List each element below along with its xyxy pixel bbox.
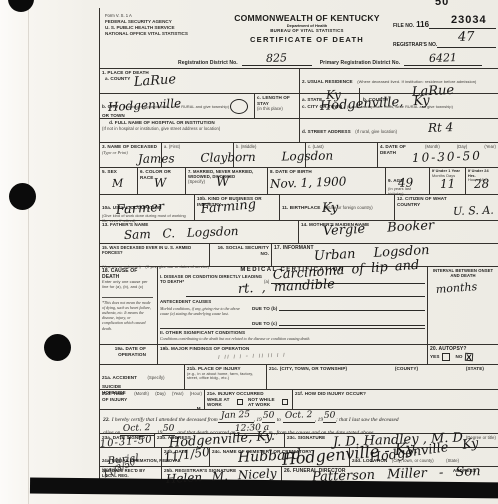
file-no-label: FILE NO. (393, 23, 414, 29)
cause-note: Enter only one cause per line for (a), (… (102, 280, 152, 290)
row-1-2: 1. PLACE OF DEATH a. COUNTY LaRue 2. USU… (100, 68, 498, 93)
length-of-stay-label: c. LENGTH OF STAY (257, 95, 297, 106)
injury-day-col: (Day) (155, 391, 166, 402)
field-name-of-deceased: 3. NAME OF DECEASED (Type or Print) Jame… (100, 143, 162, 167)
name-label: 3. NAME OF DECEASED (102, 144, 159, 150)
circled-mark (230, 99, 248, 114)
cert-text-1: I hereby certify that I attended the dec… (112, 417, 218, 423)
date-of-death-label: 4. DATE OF DEATH (380, 144, 408, 155)
row-injury-time: 21d. TIME OF INJURY (Month) (Day) (Year)… (100, 389, 498, 409)
row-injury-place: 21a. ACCIDENT (Specify) SUICIDE HOMICIDE… (100, 364, 498, 389)
operation-date-label: 19a. DATE OF OPERATION (102, 346, 146, 357)
field-usual-residence: 2. USUAL RESIDENCE (Where deceased lived… (300, 69, 498, 93)
field-street-address: d. STREET ADDRESS (If rural, give locati… (300, 119, 498, 142)
file-no-prefix: 116 (416, 20, 429, 29)
interval-value-handwriting: months (435, 280, 477, 296)
accident-label: 21a. ACCIDENT (102, 375, 137, 380)
field-ssn: 16. SOCIAL SECURITY NO. (210, 244, 272, 266)
injury-year-col: (Year) (172, 391, 184, 402)
usual-residence-note: (Where deceased lived. If institution: r… (357, 79, 476, 84)
attended-from-handwriting: Jan 25 (221, 410, 250, 421)
street-address-label: d. STREET ADDRESS (302, 129, 351, 134)
registrars-no-value: 47 (458, 29, 475, 45)
field-injury-location: 21c. (CITY, TOWN, OR TOWNSHIP) (COUNTY) … (267, 365, 498, 389)
field-date-of-birth: 8. DATE OF BIRTH Nov. 1, 1900 (268, 168, 386, 194)
bureau-line: BUREAU OF VITAL STATISTICS (227, 28, 387, 33)
agency-block: Form V. S. 1 A FEDERAL SECURITY AGENCY U… (105, 13, 227, 54)
scanned-death-certificate: Form V. S. 1 A FEDERAL SECURITY AGENCY U… (0, 0, 498, 504)
autopsy-no-label: NO (456, 354, 463, 360)
form-header: Form V. S. 1 A FEDERAL SECURITY AGENCY U… (100, 8, 498, 56)
row-hospital: d. FULL NAME OF HOSPITAL OR INSTITUTION … (100, 118, 498, 142)
certificate-form: Form V. S. 1 A FEDERAL SECURITY AGENCY U… (99, 8, 498, 486)
color-race-value-handwriting: W (154, 176, 167, 190)
cert-to: to (277, 417, 281, 423)
county-value-handwriting: LaRue (133, 72, 176, 90)
field-birthplace: 11. BIRTHPLACE (State or foreign country… (280, 195, 395, 220)
field-date-signed: 23a. DATE SIGNED 10-31-50 (100, 434, 155, 447)
row-occupation: 10a. USUAL OCCUPATION (Give kind of work… (100, 194, 498, 220)
operation-findings-label: 19b. MAJOR FINDINGS OF OPERATION (160, 346, 425, 352)
armed-forces-label: 15. WAS DECEASED EVER IN U. S. ARMED FOR… (102, 245, 207, 255)
under-1yr-label: If Under 1 Year (432, 169, 463, 174)
certificate-title: CERTIFICATE OF DEATH (227, 35, 387, 44)
field-time-of-injury: 21d. TIME OF INJURY (Month) (Day) (Year)… (100, 390, 205, 409)
injury-state-label: (STATE) (466, 366, 484, 372)
field-mother-name: 14. MOTHER'S MAIDEN NAME Vergie Booker (299, 221, 498, 243)
cause-a2-handwriting: rt. , mandible (238, 277, 336, 297)
field-burial-date: 24b. DATE 11/1/50 (162, 448, 210, 466)
cert-number: 22. (103, 417, 110, 423)
row-cause-of-death: 18. CAUSE OF DEATH Enter only one cause … (100, 266, 498, 344)
citizen-label: 12. CITIZEN OF WHAT COUNTRY (397, 196, 447, 207)
field-occupation: 10a. USUAL OCCUPATION (Give kind of work… (100, 195, 195, 220)
field-interval: INTERVAL BETWEEN ONSET AND DEATH months (428, 267, 498, 344)
primary-district-label: Primary Registration District No. (320, 60, 401, 66)
while-at-work-label: WHILE AT WORK (207, 397, 235, 408)
field-autopsy: 20. AUTOPSY? YES NO X (428, 345, 498, 364)
burial-location-state: (State) (446, 458, 459, 463)
row-parents: 13. FATHER'S NAME Sam C. Logsdon 14. MOT… (100, 220, 498, 243)
injury-hour-col: (Hour) (190, 391, 202, 402)
operation-findings-scribble: ı ıı ı ı - ı ıı ıı ı ı (218, 351, 286, 361)
field-marital-status: 7. MARRIED, NEVER MARRIED, WIDOWED, DIVO… (186, 168, 268, 194)
field-cause-of-death-stub: 18. CAUSE OF DEATH Enter only one cause … (100, 267, 158, 344)
street-address-value-handwriting: Rt 4 (428, 120, 454, 135)
file-no-stamp: 50 (435, 0, 449, 8)
field-residence-city: c. CITY OR TOWN (If outside corporate li… (300, 94, 498, 118)
from-year-handwriting: 50 (262, 411, 274, 421)
marital-value-handwriting: W (216, 175, 230, 190)
file-number-block: FILE NO. 116 50 23034 REGISTRAR'S NO. 47 (387, 13, 496, 54)
field-age: 9. AGE (In years last birthday) 49 If Un… (386, 168, 498, 194)
birthplace-label: 11. BIRTHPLACE (282, 205, 320, 210)
field-hospital-name: d. FULL NAME OF HOSPITAL OR INSTITUTION … (100, 119, 300, 142)
usual-residence-label: 2. USUAL RESIDENCE (302, 79, 353, 84)
year-col: (Year) (484, 144, 496, 155)
registrars-no-label: REGISTRAR'S NO. (393, 42, 437, 48)
not-while-at-work-checkbox (282, 399, 288, 405)
field-operation-findings: 19b. MAJOR FINDINGS OF OPERATION ı ıı ı … (158, 345, 428, 364)
field-signer-address: 23b. ADDRESS Hodgenville, Ky. (155, 434, 285, 447)
primary-district-value: 6421 (429, 51, 457, 65)
field-color-race: 6. COLOR OR RACE W (138, 168, 186, 194)
age-months-handwriting: 11 (440, 176, 456, 191)
punch-hole (8, 0, 34, 12)
autopsy-no-checkbox: X (464, 353, 472, 361)
sex-label: 5. SEX (102, 169, 135, 175)
hospital-note: (If not in hospital or institution, give… (102, 126, 262, 131)
middle-name-label: b. (Middle) (236, 144, 303, 149)
hospital-label: d. FULL NAME OF HOSPITAL OR INSTITUTION (102, 120, 222, 126)
dob-label: 8. DATE OF BIRTH (270, 169, 383, 175)
field-place-of-injury: 21b. PLACE OF INJURY (e.g., in or about … (185, 365, 267, 389)
field-how-injury-occurred: 21f. HOW DID INJURY OCCUR? (293, 390, 498, 409)
row-service-informant: 15. WAS DECEASED EVER IN U. S. ARMED FOR… (100, 243, 498, 266)
autopsy-yes-label: YES (430, 354, 440, 360)
registration-district-line: Registration District No. 825 Primary Re… (100, 56, 498, 68)
field-place-of-death: 1. PLACE OF DEATH a. COUNTY LaRue (100, 69, 300, 93)
sex-value-handwriting: M (112, 177, 124, 190)
how-injury-label: 21f. HOW DID INJURY OCCUR? (295, 391, 496, 397)
antecedent-note: Morbid conditions, if any, giving rise t… (160, 306, 246, 316)
father-value-handwriting: Sam C. Logsdon (124, 224, 239, 242)
county-label: a. COUNTY (102, 76, 297, 82)
field-business: 10b. KIND OF BUSINESS OR INDUSTRY Farmin… (195, 195, 280, 220)
age-years-handwriting: 49 (398, 175, 414, 190)
medical-certification-block: MEDICAL CERTIFICATION I. DISEASE OR COND… (158, 267, 428, 344)
antecedent-label: ANTECEDENT CAUSES (160, 299, 252, 304)
punch-hole (9, 183, 36, 210)
length-of-stay-note: (in this place) (257, 106, 297, 111)
cert-pre19: , 19 (315, 417, 323, 423)
field-accident-suicide: 21a. ACCIDENT (Specify) SUICIDE HOMICIDE (100, 365, 185, 389)
autopsy-label: 20. AUTOPSY? (430, 346, 496, 352)
file-no-stamp: 23034 (451, 14, 487, 26)
injury-county-label: (COUNTY) (395, 366, 418, 372)
field-date-of-operation: 19a. DATE OF OPERATION (100, 345, 158, 364)
age-days-handwriting: 28 (474, 176, 490, 191)
field-injury-occurred: 21e. INJURY OCCURRED WHILE AT WORK NOT W… (205, 390, 293, 409)
due-to-b-label: DUE TO (b) (252, 306, 277, 312)
field-armed-forces: 15. WAS DECEASED EVER IN U. S. ARMED FOR… (100, 244, 210, 266)
commonwealth-title: COMMONWEALTH OF KENTUCKY (227, 13, 387, 23)
time-of-injury-label: 21d. TIME OF INJURY (102, 391, 128, 402)
field-citizen: 12. CITIZEN OF WHAT COUNTRY U. S. A. (395, 195, 498, 220)
cause-footnote: *This does not mean the mode of dying, s… (102, 300, 152, 331)
field-city-of-death: b. CITY (If outside corporate limits, wr… (100, 94, 255, 118)
accident-note: (Specify) (148, 375, 165, 380)
field-sex: 5. SEX M (100, 168, 138, 194)
field-length-of-stay: c. LENGTH OF STAY (in this place) (255, 94, 300, 118)
row-certification: 22. I hereby certify that I attended the… (100, 409, 498, 433)
alive-on-handwriting: Oct. 2 (123, 423, 151, 434)
place-of-injury-note: (e.g., in or about home, farm, factory, … (187, 372, 264, 381)
street-address-note: (If rural, give location) (355, 129, 397, 134)
cert-text-2: ; that I last saw the deceased (336, 417, 399, 423)
while-at-work-checkbox (237, 399, 243, 405)
row-name: 3. NAME OF DECEASED (Type or Print) Jame… (100, 142, 498, 167)
autopsy-yes-checkbox (442, 353, 450, 361)
citizen-value-handwriting: U. S. A. (453, 204, 494, 218)
dob-value-handwriting: Nov. 1, 1900 (270, 174, 347, 191)
injury-city-label: 21c. (CITY, TOWN, OR TOWNSHIP) (269, 366, 347, 372)
punch-hole (44, 334, 71, 361)
due-to-c-label: DUE TO (c) (252, 321, 277, 327)
field-date-of-death: 4. DATE OF DEATH (Month) (Day) (Year) 10… (378, 143, 498, 167)
agency-line: NATIONAL OFFICE VITAL STATISTICS (105, 31, 227, 37)
signature-label: 23c. SIGNATURE (287, 435, 325, 441)
ssn-label: 16. SOCIAL SECURITY NO. (212, 245, 269, 256)
date-of-death-handwriting: 10-30-50 (412, 149, 482, 165)
attended-to-handwriting: Oct. 2 (285, 410, 313, 421)
reg-district-value: 825 (266, 51, 287, 65)
row-demographics: 5. SEX M 6. COLOR OR RACE W 7. MARRIED, … (100, 167, 498, 194)
alive-year-handwriting: 50 (163, 424, 175, 434)
other-conditions-note: Conditions contributing to the death but… (160, 336, 330, 341)
to-year-handwriting: 50 (324, 411, 336, 421)
not-while-at-work-label: NOT WHILE AT WORK (248, 397, 280, 408)
field-father-name: 13. FATHER'S NAME Sam C. Logsdon (100, 221, 299, 243)
title-block: COMMONWEALTH OF KENTUCKY Department of H… (227, 13, 387, 54)
reg-district-label: Registration District No. (178, 60, 238, 66)
first-name-label: a. (First) (164, 144, 231, 149)
interval-label: INTERVAL BETWEEN ONSET AND DEATH (430, 268, 496, 278)
row-operation: 19a. DATE OF OPERATION 19b. MAJOR FINDIN… (100, 344, 498, 364)
injury-month-col: (Month) (134, 391, 149, 402)
paper-crease (28, 0, 29, 504)
birthplace-value-handwriting: Ky (322, 200, 339, 216)
